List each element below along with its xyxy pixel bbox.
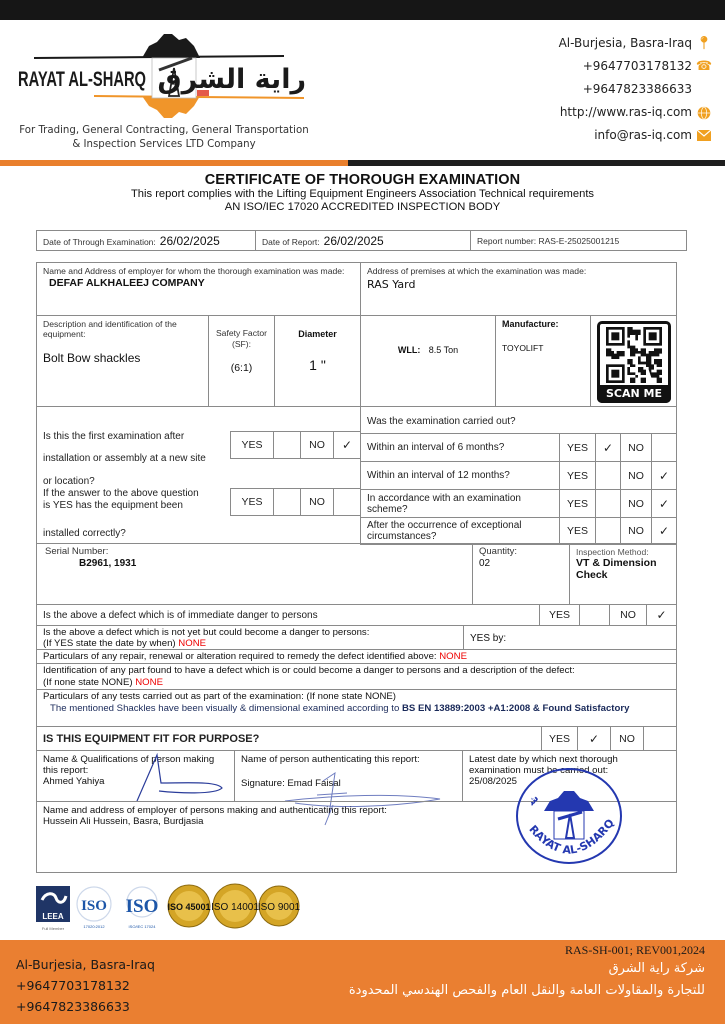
fit-for-purpose-row: IS THIS EQUIPMENT FIT FOR PURPOSE? YES ✓… xyxy=(36,726,677,751)
safety-factor-value: (6:1) xyxy=(209,362,274,374)
checkmark-icon: ✓ xyxy=(342,438,352,452)
certificate-title: CERTIFICATE OF THOROUGH EXAMINATION This… xyxy=(0,172,725,214)
footer-phone-2[interactable]: +9647823386633 xyxy=(16,996,155,1017)
employer-name: DEFAF ALKHALEEJ COMPANY xyxy=(49,277,354,289)
iso-17024-badge: ISO ISO/IEC 17024 xyxy=(126,887,159,929)
svg-text:ISO: ISO xyxy=(81,898,107,914)
yes-label: YES xyxy=(231,432,274,459)
employer-section: Name and Address of employer for whom th… xyxy=(36,262,361,316)
yes-checkbox[interactable] xyxy=(274,489,301,516)
first-exam-yes-no: YES NO ✓ xyxy=(230,431,361,459)
compliance-line: This report complies with the Lifting Eq… xyxy=(0,188,725,201)
location-pin-icon: 📍︎ xyxy=(697,37,711,51)
premises-section: Address of premises at which the examina… xyxy=(360,262,677,316)
qr-cell: SCAN ME xyxy=(590,315,677,407)
top-bar xyxy=(0,0,725,20)
equipment-value: Bolt Bow shackles xyxy=(43,351,202,365)
envelope-icon xyxy=(697,129,711,143)
company-name-arabic: شركة راية الشرق xyxy=(349,958,705,980)
checkmark-icon: ✓ xyxy=(656,608,666,622)
page-title: CERTIFICATE OF THOROUGH EXAMINATION xyxy=(0,172,725,188)
inspection-method-section: Inspection Method: VT & Dimension Check xyxy=(569,543,677,605)
dates-row: Date of Through Examination:26/02/2025 D… xyxy=(36,230,687,251)
svg-text:راية الشرق: راية الشرق xyxy=(157,64,306,95)
leea-badge: LEEA Full Member xyxy=(36,886,70,931)
yes-checkbox[interactable] xyxy=(596,518,621,545)
company-logo: RAYAT AL-SHARQ راية الشرق xyxy=(14,28,314,120)
immediate-danger-row: Is the above a defect which is of immedi… xyxy=(36,604,677,626)
exam-date: 26/02/2025 xyxy=(160,234,220,248)
phone-icon: ☎ xyxy=(697,60,711,74)
yes-checkbox[interactable] xyxy=(580,605,610,626)
report-number: RAS-E-25025001215 xyxy=(538,236,619,246)
diameter-value: 1 " xyxy=(275,357,360,373)
footer: Al-Burjesia, Basra-Iraq +9647703178132 +… xyxy=(0,940,725,1024)
safety-factor: Safety Factor (SF): (6:1) xyxy=(208,315,275,407)
yes-by-field[interactable]: YES by: xyxy=(463,625,677,650)
qr-code-icon xyxy=(606,327,662,383)
qr-code[interactable]: SCAN ME xyxy=(597,321,671,403)
letterhead: RAYAT AL-SHARQ راية الشرق For Trading, G… xyxy=(0,20,725,160)
inspection-method-value: VT & Dimension Check xyxy=(576,557,670,581)
no-checkbox[interactable]: ✓ xyxy=(334,432,361,459)
no-checkbox[interactable] xyxy=(644,727,677,751)
first-exam-section: Is this the first examination after inst… xyxy=(36,406,361,544)
accreditation-line: AN ISO/IEC 17020 ACCREDITED INSPECTION B… xyxy=(0,201,725,214)
company-tagline: For Trading, General Contracting, Genera… xyxy=(14,124,314,152)
interval-12-row: Within an interval of 12 months? YES NO … xyxy=(361,462,677,490)
future-danger-question: Is the above a defect which is not yet b… xyxy=(36,625,464,650)
scheme-row: In accordance with an examination scheme… xyxy=(361,490,677,518)
exceptional-row: After the occurrence of exceptional circ… xyxy=(361,518,677,545)
accreditation-badges: LEEA Full Member ISO 17020:2012 ISO ISO/… xyxy=(36,882,316,934)
report-authenticator: Name of person authenticating this repor… xyxy=(234,750,463,802)
svg-text:ISO: ISO xyxy=(126,896,159,917)
footer-address: Al-Burjesia, Basra-Iraq xyxy=(16,954,155,975)
svg-text:Full Member: Full Member xyxy=(42,926,65,931)
document-reference: RAS-SH-001; REV001,2024 xyxy=(349,943,705,958)
contact-phone-2[interactable]: +9647823386633 xyxy=(559,78,711,101)
report-maker: Name & Qualifications of person making t… xyxy=(36,750,235,802)
quantity-section: Quantity: 02 xyxy=(472,543,570,605)
defect-identification-row: Identification of any part found to have… xyxy=(36,663,677,690)
no-label: NO xyxy=(301,432,334,459)
identification-value: NONE xyxy=(135,677,163,688)
contact-email[interactable]: info@ras-iq.com xyxy=(559,124,711,147)
serial-section: Serial Number: B2961, 1931 xyxy=(36,543,473,605)
contact-website[interactable]: http://www.ras-iq.com xyxy=(559,101,711,124)
checkmark-icon: ✓ xyxy=(603,441,613,455)
maker-signature xyxy=(97,753,237,803)
globe-icon xyxy=(697,106,711,120)
tests-result: The mentioned Shackles have been visuall… xyxy=(43,703,670,715)
report-number-cell: Report number: RAS-E-25025001215 xyxy=(471,231,687,251)
wll: WLL: 8.5 Ton xyxy=(360,315,496,407)
interval-6-row: Within an interval of 6 months? YES ✓ NO xyxy=(361,434,677,462)
svg-text:ISO 14001: ISO 14001 xyxy=(211,902,259,913)
checkmark-icon: ✓ xyxy=(659,497,669,511)
premises-value: RAS Yard xyxy=(367,278,670,291)
svg-text:ISO/IEC 17024: ISO/IEC 17024 xyxy=(129,924,157,929)
contact-address: Al-Burjesia, Basra-Iraq📍︎ xyxy=(559,32,711,55)
equipment-description: Description and identification of the eq… xyxy=(36,315,209,407)
future-danger-value: NONE xyxy=(178,638,206,649)
iso-9001-badge: ISO 9001 xyxy=(258,886,301,926)
tests-row: Particulars of any tests carried out as … xyxy=(36,689,677,727)
company-stamp: RAYAT AL-SHARQ Co. شركة راية الشرق xyxy=(514,766,624,866)
contact-list: Al-Burjesia, Basra-Iraq📍︎ +9647703178132… xyxy=(559,32,711,147)
diameter: Diameter 1 " xyxy=(274,315,361,407)
no-checkbox[interactable]: ✓ xyxy=(652,518,677,545)
serial-value: B2961, 1931 xyxy=(79,558,464,569)
contact-phone-1[interactable]: +9647703178132☎ xyxy=(559,55,711,78)
carried-out-table: Within an interval of 6 months? YES ✓ NO… xyxy=(360,433,677,545)
svg-text:ISO 45001: ISO 45001 xyxy=(167,902,210,912)
installed-correctly-yes-no: YES NO xyxy=(230,488,361,516)
no-checkbox[interactable]: ✓ xyxy=(652,462,677,490)
checkmark-icon: ✓ xyxy=(659,469,669,483)
iso-17020-badge: ISO 17020:2012 xyxy=(77,887,111,929)
exam-date-cell: Date of Through Examination:26/02/2025 xyxy=(37,231,256,251)
svg-text:LEEA: LEEA xyxy=(42,912,64,921)
no-label: NO xyxy=(301,489,334,516)
report-date: 26/02/2025 xyxy=(324,234,384,248)
no-checkbox[interactable] xyxy=(652,434,677,462)
footer-phone-1[interactable]: +9647703178132 xyxy=(16,975,155,996)
header-divider xyxy=(0,160,725,166)
yes-checkbox[interactable]: ✓ xyxy=(596,434,621,462)
repair-value: NONE xyxy=(439,651,467,662)
manufacturer: Manufacture: TOYOLIFT xyxy=(495,315,591,407)
svg-text:ISO 9001: ISO 9001 xyxy=(258,902,301,913)
company-description-arabic: للتجارة والمقاولات العامة والنقل العام و… xyxy=(349,980,705,1002)
yes-checkbox[interactable] xyxy=(596,462,621,490)
checkmark-icon: ✓ xyxy=(589,732,599,746)
footer-company-info: RAS-SH-001; REV001,2024 شركة راية الشرق … xyxy=(349,943,705,1002)
checkmark-icon: ✓ xyxy=(659,524,669,538)
yes-label: YES xyxy=(231,489,274,516)
report-date-cell: Date of Report:26/02/2025 xyxy=(256,231,471,251)
iso-14001-badge: ISO 14001 xyxy=(211,884,259,928)
yes-checkbox[interactable] xyxy=(274,432,301,459)
repair-row: Particulars of any repair, renewal or al… xyxy=(36,649,677,664)
manufacturer-value: TOYOLIFT xyxy=(502,343,584,353)
no-checkbox[interactable]: ✓ xyxy=(652,490,677,518)
no-checkbox[interactable] xyxy=(334,489,361,516)
yes-checkbox[interactable]: ✓ xyxy=(578,727,611,751)
quantity-value: 02 xyxy=(479,558,563,569)
svg-text:RAYAT AL-SHARQ: RAYAT AL-SHARQ xyxy=(18,68,146,91)
scan-me-label: SCAN ME xyxy=(597,385,671,403)
footer-contacts: Al-Burjesia, Basra-Iraq +9647703178132 +… xyxy=(16,954,155,1017)
wll-value: 8.5 Ton xyxy=(429,345,458,355)
iso-45001-badge: ISO 45001 xyxy=(167,885,210,927)
no-checkbox[interactable]: ✓ xyxy=(647,605,677,626)
yes-checkbox[interactable] xyxy=(596,490,621,518)
svg-text:17020:2012: 17020:2012 xyxy=(83,924,105,929)
